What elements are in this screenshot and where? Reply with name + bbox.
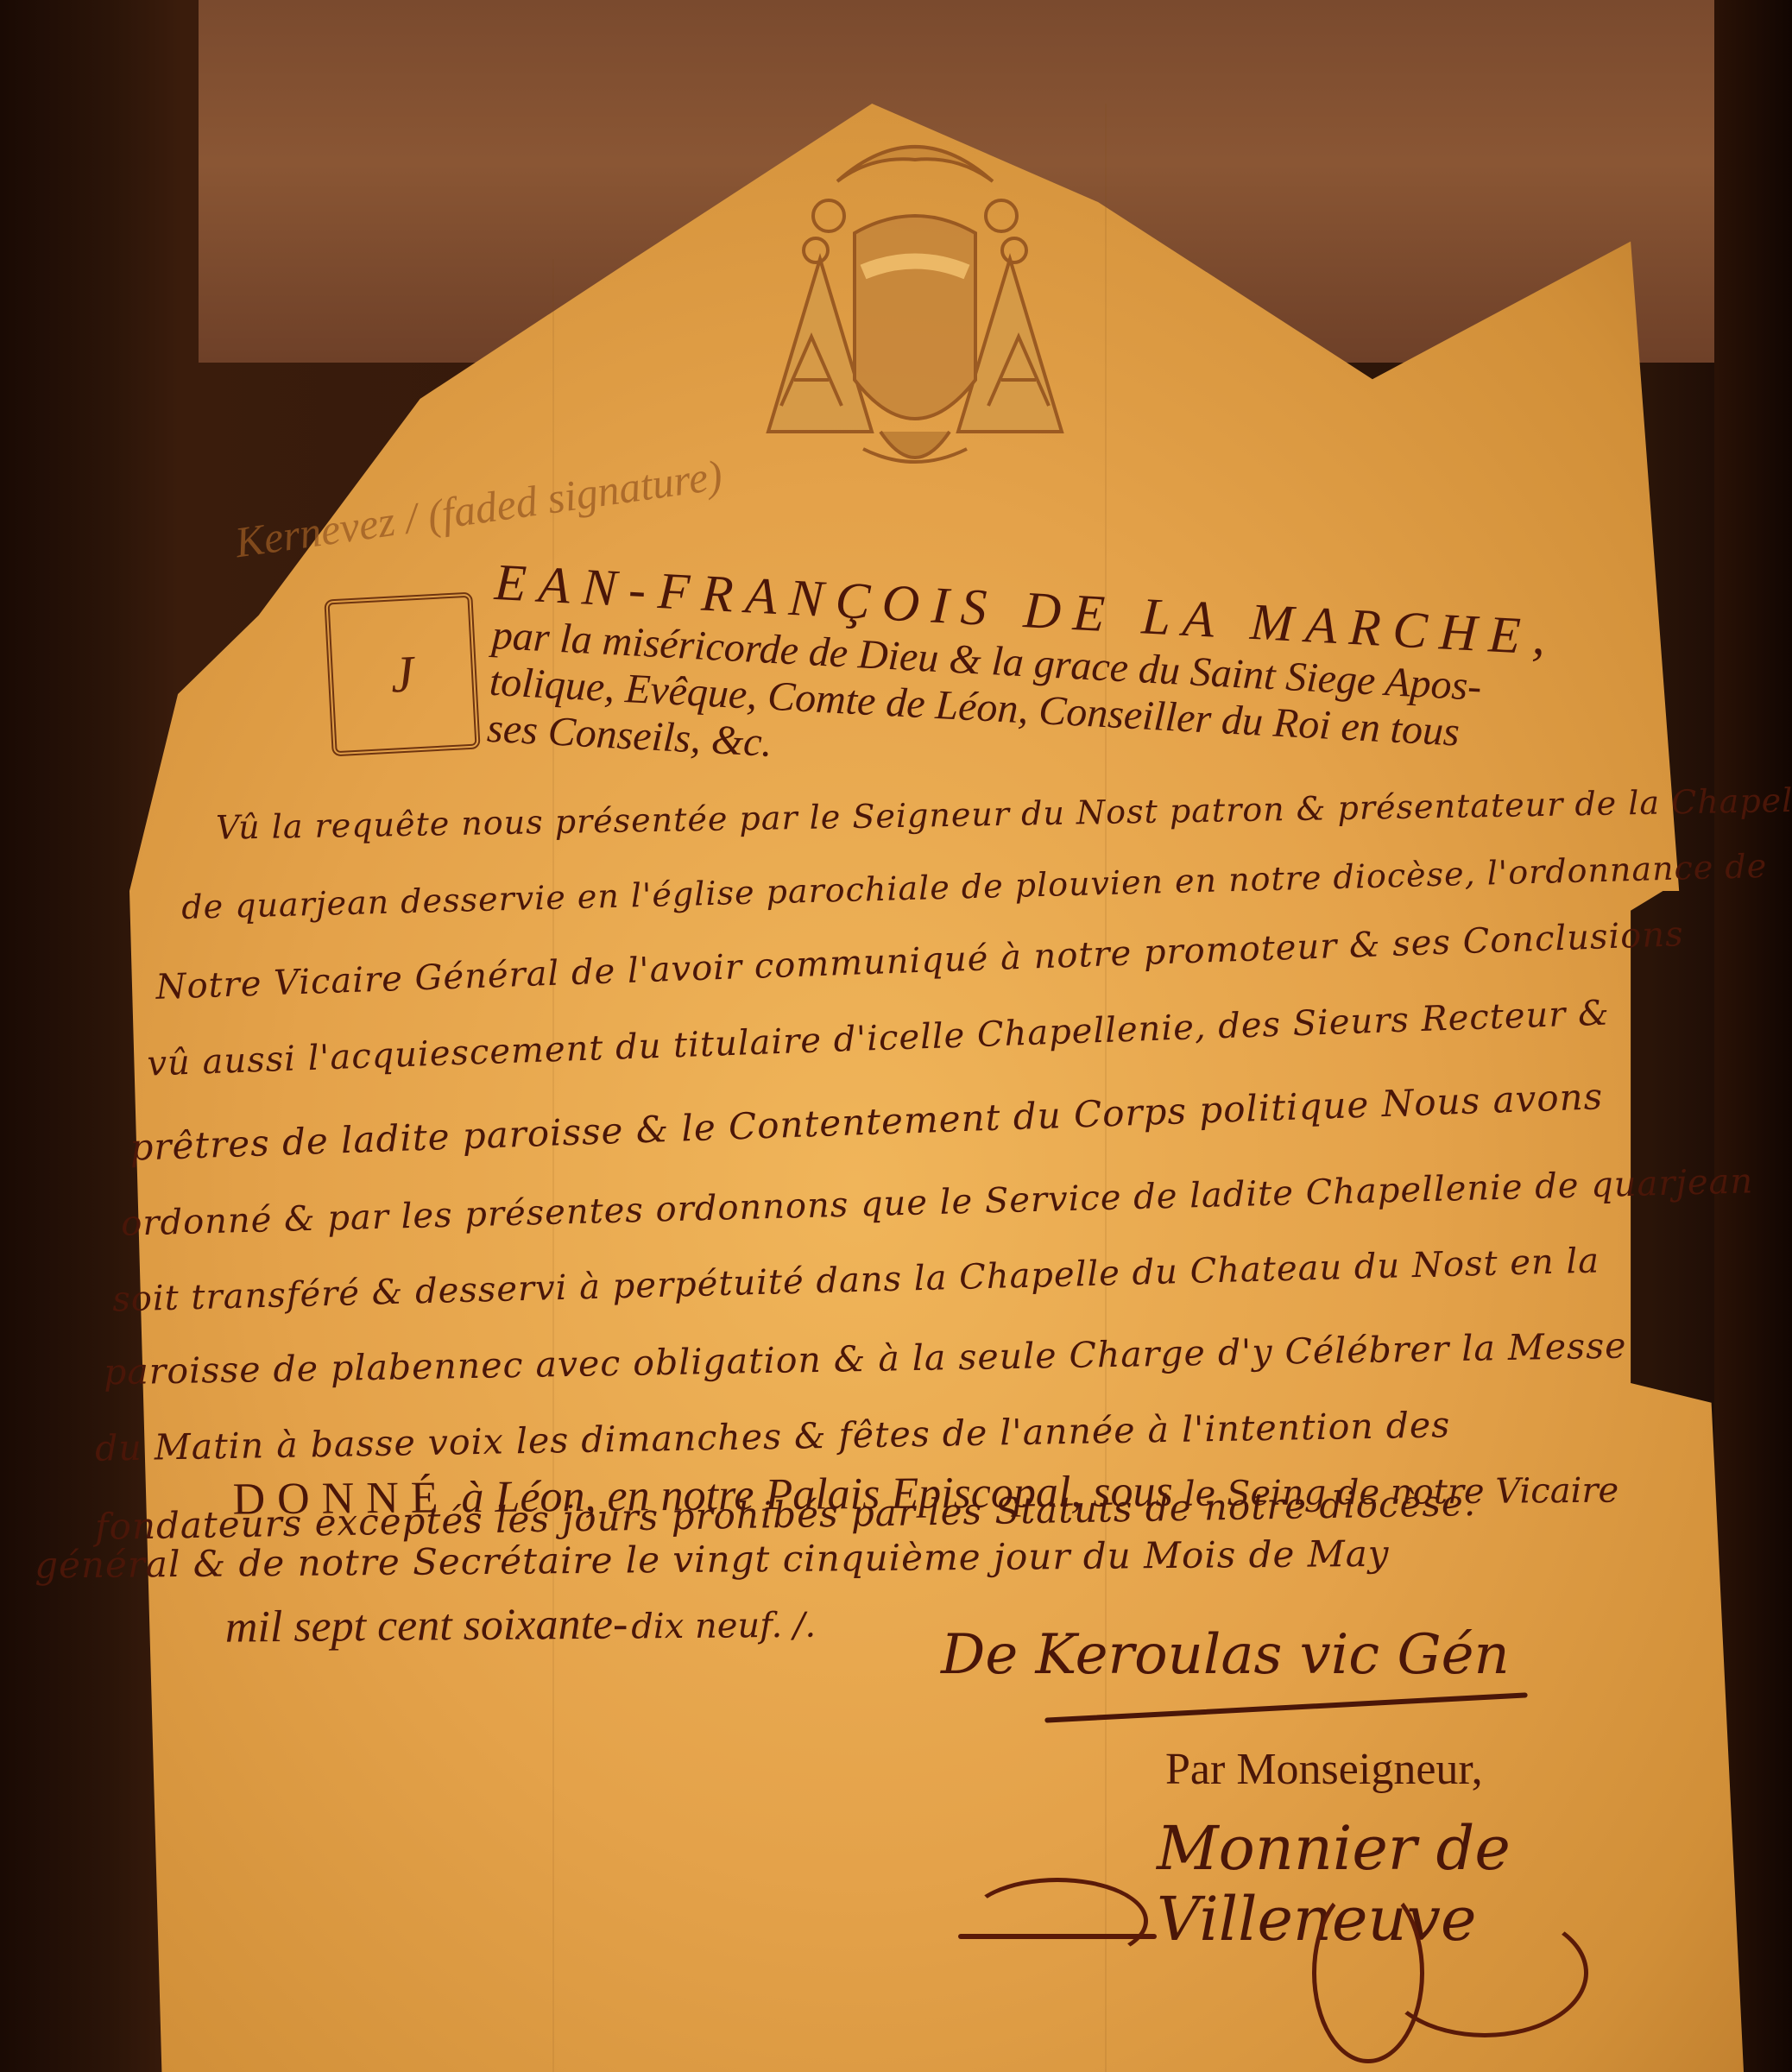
given-at-clause: DONNÉ à Léon, en notre Palais Episcopal,… [232,1461,1718,1618]
episcopal-coat-of-arms-icon [734,121,1096,501]
year-handwritten: dix neuf. /. [631,1606,816,1647]
printed-initial-seal: J [324,592,480,757]
given-at-line-2: général & de notre Secrétaire le vingt c… [35,1532,1519,1587]
seal-initial: J [389,644,415,704]
donne-caps: DONNÉ [232,1473,450,1524]
year-printed: mil sept cent soixante- [225,1600,628,1652]
vicar-general-signature: De Keroulas vic Gén [941,1623,1510,1687]
paper-fold-crease [552,259,554,2072]
signature-flourish [1381,1908,1588,2037]
paper-fold-crease [1105,104,1107,2072]
given-at-place: à Léon, en notre Palais Episcopal, sous [461,1467,1173,1522]
given-at-handwritten: le Seing de notre Vicaire [1184,1470,1619,1513]
par-monseigneur-label: Par Monseigneur, [1165,1744,1483,1795]
paraph-curve [967,1878,1148,1964]
